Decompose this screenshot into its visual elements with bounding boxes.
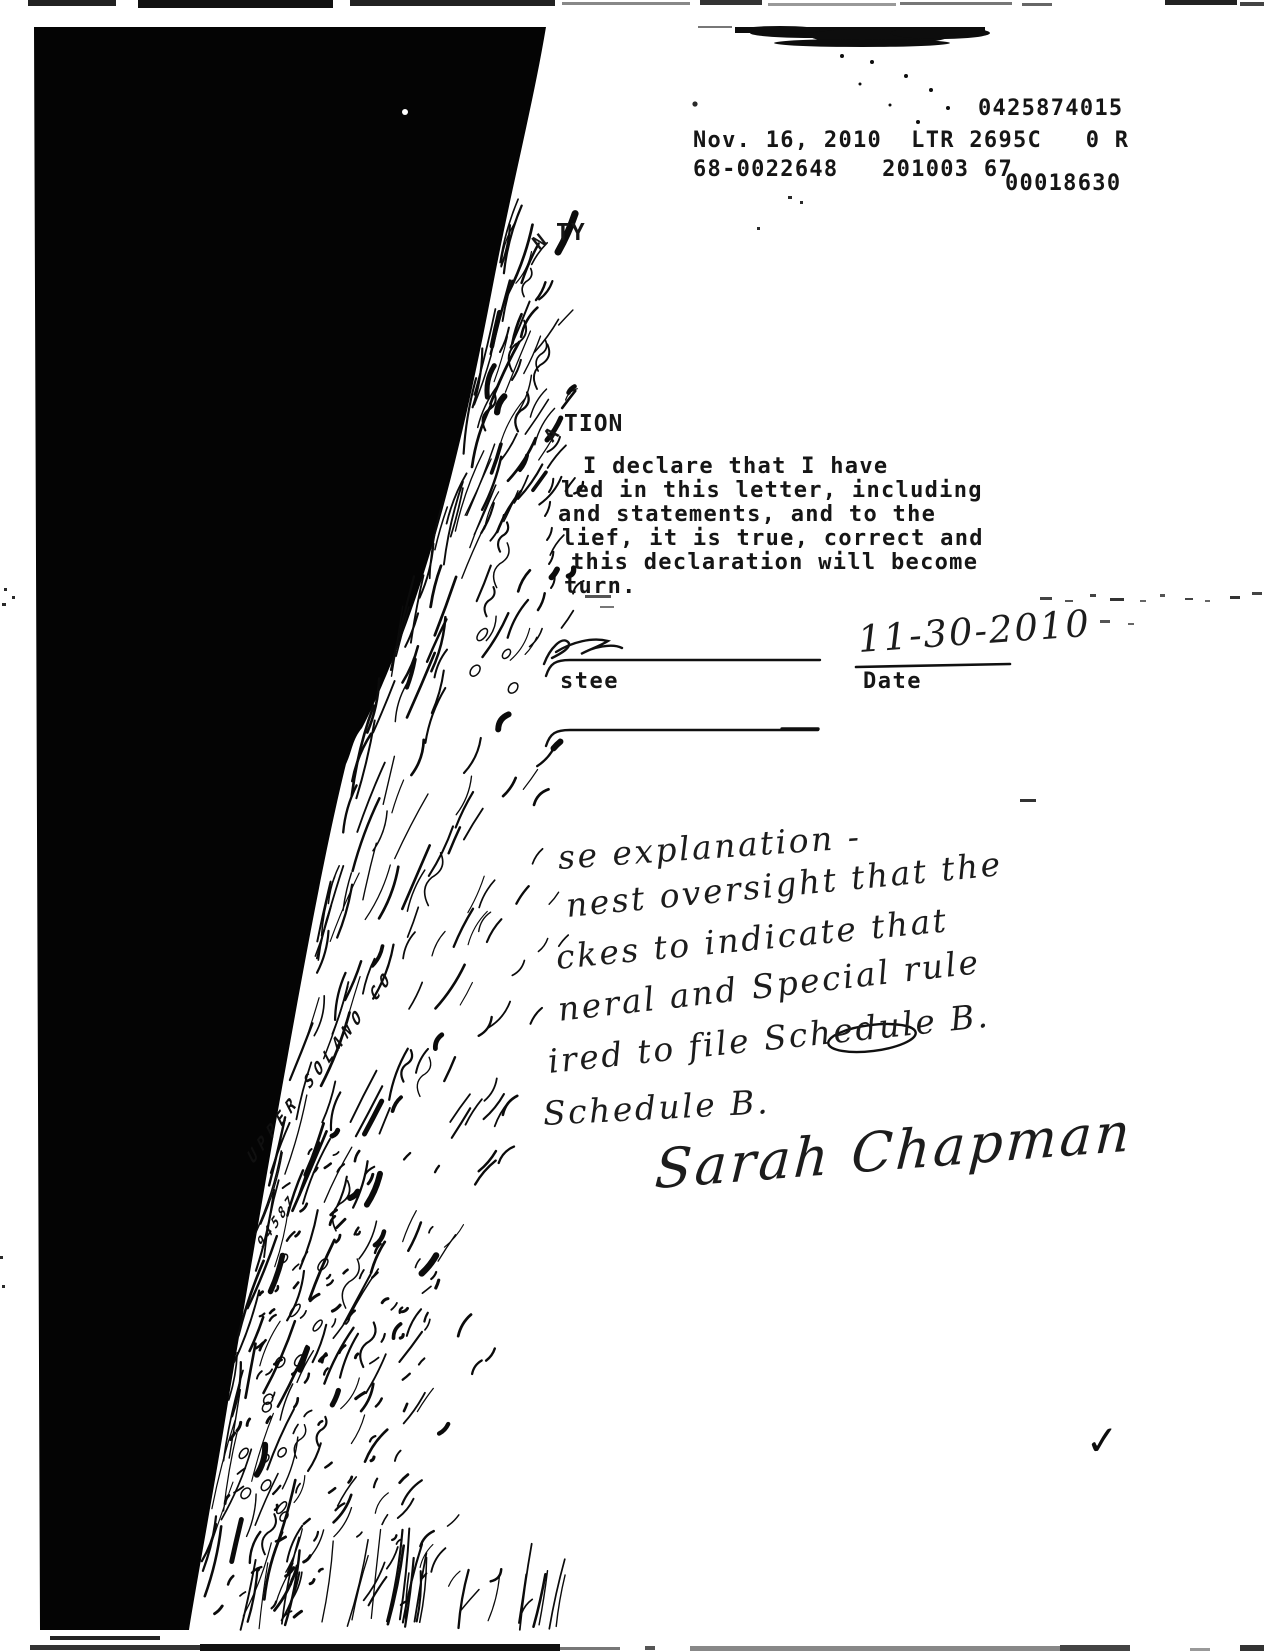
declaration-line: led in this letter, including [561,479,983,503]
scan-artifact-layer [0,0,1264,1652]
scan-white-speck [402,109,408,115]
declaration-line: I declare that I have [583,455,888,479]
declaration-line: turn. [564,575,637,599]
truncated-heading-1: TY [556,220,586,246]
trustee-line-label: stee [560,669,619,694]
stamp-date-line: Nov. 16, 2010 LTR 2695C 0 R [693,128,1129,153]
second-signature-line [546,730,818,746]
stamp-doc-number: 00018630 [1005,171,1121,196]
checkmark-icon: ✓ [1086,1411,1117,1467]
scan-edge-artifacts-top [28,0,1264,8]
date-line-label: Date [863,669,922,694]
stamp-ein-line: 68-0022648 201003 67 [693,157,1013,182]
scanned-letter-page: 0425874015 Nov. 16, 2010 LTR 2695C 0 R 6… [0,0,1264,1652]
date-underline [856,664,1010,667]
truncated-heading-2: TION [564,411,623,437]
scan-edge-artifacts-bottom [30,1636,1264,1651]
declaration-line: and statements, and to the [558,503,936,527]
toner-smudge [698,26,990,124]
declaration-line: this declaration will become [571,551,978,575]
declaration-line: lief, it is true, correct and [562,527,984,551]
stamp-serial-number: 0425874015 [978,96,1123,121]
